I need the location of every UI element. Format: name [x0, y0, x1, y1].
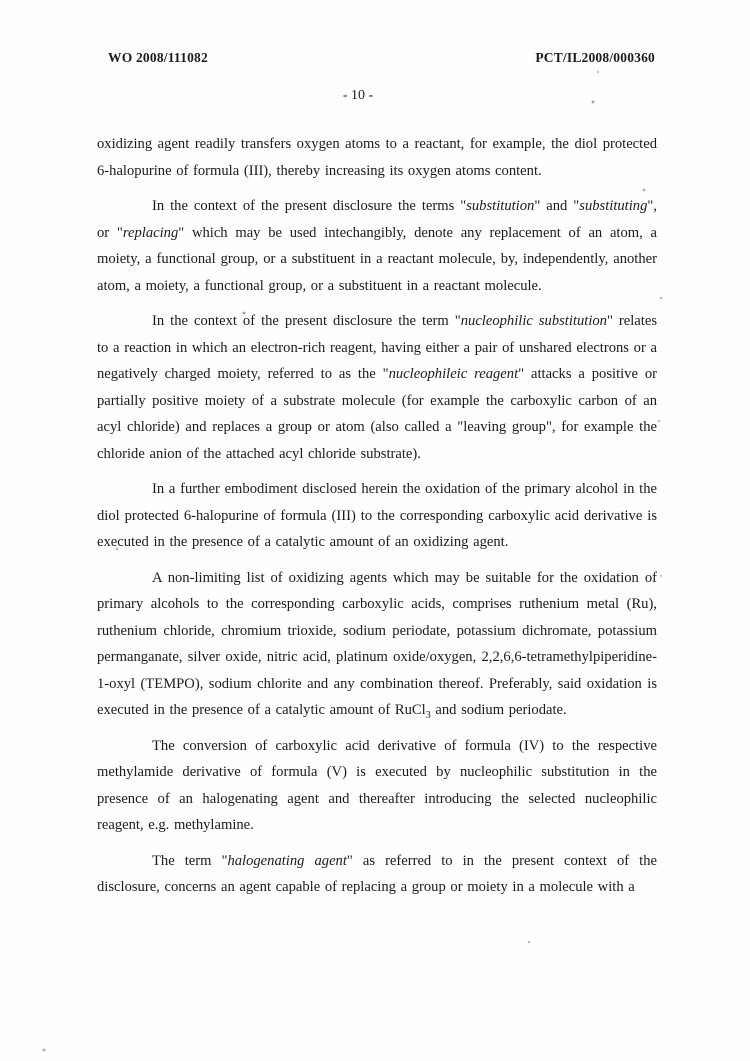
term-emphasis: substituting	[579, 198, 647, 214]
text-run: In the context of the present disclosure…	[152, 198, 466, 214]
term-emphasis: nucleophileic reagent	[389, 366, 519, 382]
text-run: " which may be used intechangibly, denot…	[97, 225, 657, 294]
paragraph: The term "halogenating agent" as referre…	[97, 848, 657, 901]
paragraph: In a further embodiment disclosed herein…	[97, 476, 657, 556]
patent-page: WO 2008/111082 PCT/IL2008/000360 - 10 - …	[0, 0, 750, 1061]
scan-speckles	[0, 0, 2, 2]
application-number: PCT/IL2008/000360	[535, 50, 655, 66]
publication-number: WO 2008/111082	[108, 50, 208, 66]
term-emphasis: halogenating agent	[227, 853, 346, 869]
document-header: WO 2008/111082 PCT/IL2008/000360	[108, 50, 655, 66]
page-number: - 10 -	[97, 88, 619, 104]
text-run: In the context of the present disclosure…	[152, 313, 461, 329]
paragraph: A non-limiting list of oxidizing agents …	[97, 565, 657, 724]
text-run: " and "	[534, 198, 579, 214]
text-run: oxidizing agent readily transfers oxygen…	[97, 136, 657, 179]
paragraph: The conversion of carboxylic acid deriva…	[97, 733, 657, 839]
paragraph: In the context of the present disclosure…	[97, 193, 657, 299]
term-emphasis: nucleophilic substitution	[461, 313, 607, 329]
document-body: oxidizing agent readily transfers oxygen…	[97, 131, 657, 910]
text-run: A non-limiting list of oxidizing agents …	[97, 570, 657, 719]
term-emphasis: replacing	[123, 225, 178, 241]
term-emphasis: substitution	[466, 198, 534, 214]
text-run: The conversion of carboxylic acid deriva…	[97, 738, 657, 834]
paragraph: In the context of the present disclosure…	[97, 308, 657, 467]
text-run: In a further embodiment disclosed herein…	[97, 481, 657, 550]
paragraph: oxidizing agent readily transfers oxygen…	[97, 131, 657, 184]
text-run: The term "	[152, 853, 227, 869]
text-run: and sodium periodate.	[431, 702, 567, 718]
